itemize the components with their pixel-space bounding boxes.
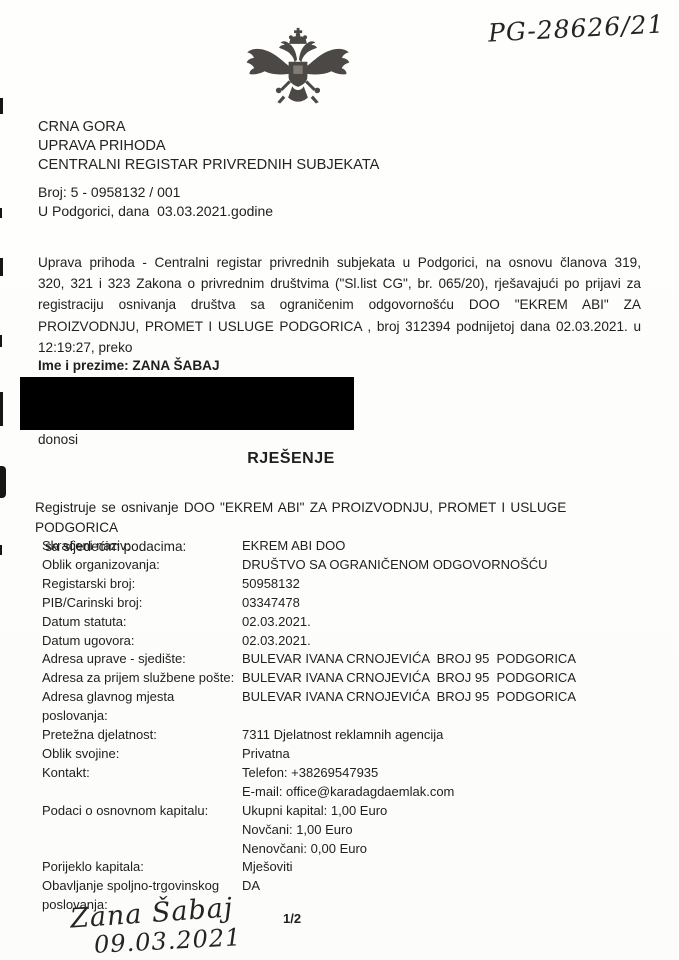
document-number-line: Broj: 5 - 0958132 / 001 (38, 184, 180, 200)
submitter-name-line: Ime i prezime: ZANA ŠABAJ (38, 358, 220, 373)
montenegro-coat-of-arms-icon (240, 26, 356, 120)
document-title: RJEŠENJE (0, 450, 582, 468)
field-value: DA (242, 877, 642, 896)
redaction-box (20, 377, 354, 430)
field-value: 50958132 (242, 575, 642, 594)
field-label: Podaci o osnovnom kapitalu: (42, 802, 242, 821)
field-value: 02.03.2021. (242, 632, 642, 651)
field-row: Registarski broj: 50958132 (42, 575, 642, 594)
field-label: Datum statuta: (42, 613, 242, 632)
field-value: 7311 Djelatnost reklamnih agencija (242, 726, 642, 745)
field-value: Privatna (242, 745, 642, 764)
field-value: Nenovčani: 0,00 Euro (242, 840, 642, 859)
field-value: DRUŠTVO SA OGRANIČENOM ODGOVORNOŠĆU (242, 556, 642, 575)
field-label: Skraćeni naziv: (42, 537, 242, 556)
field-label: PIB/Carinski broj: (42, 594, 242, 613)
header-country: CRNA GORA (38, 118, 379, 137)
intro-line: PROIZVODNJU, PROMET I USLUGE PODGORICA ,… (38, 316, 641, 337)
scan-artifact (0, 208, 2, 218)
scan-artifact (0, 392, 3, 426)
handwritten-case-number: PG-28626/21 (487, 9, 665, 47)
scan-artifact (0, 258, 3, 276)
field-label: Adresa uprave - sjedište: (42, 650, 242, 669)
field-value: BULEVAR IVANA CRNOJEVIĆA BROJ 95 PODGORI… (242, 688, 642, 707)
field-label: Porijeklo kapitala: (42, 858, 242, 877)
field-row: Datum ugovora: 02.03.2021. (42, 632, 642, 651)
header-registry: CENTRALNI REGISTAR PRIVREDNIH SUBJEKATA (38, 156, 379, 175)
place-date-line: U Podgorici, dana 03.03.2021.godine (38, 203, 273, 219)
intro-paragraph: Uprava prihoda - Centralni registar priv… (38, 252, 641, 358)
intro-line: 12:19:27, preko (38, 337, 641, 358)
field-row: Kontakt: Telefon: +38269547935 E-mail: o… (42, 764, 642, 802)
field-value: BULEVAR IVANA CRNOJEVIĆA BROJ 95 PODGORI… (242, 650, 642, 669)
header-agency: UPRAVA PRIHODA (38, 137, 379, 156)
field-label: Oblik svojine: (42, 745, 242, 764)
scanned-document-page: PG-28626/21 CRNA GORA UPRAVA PRIHO (0, 0, 679, 960)
field-value: Mješoviti (242, 858, 642, 877)
field-label: Pretežna djelatnost: (42, 726, 242, 745)
field-label: Datum ugovora: (42, 632, 242, 651)
field-value: Ukupni kapital: 1,00 Euro (242, 802, 642, 821)
field-row: Datum statuta: 02.03.2021. (42, 613, 642, 632)
field-value: Telefon: +38269547935 (242, 764, 642, 783)
field-value: BULEVAR IVANA CRNOJEVIĆA BROJ 95 PODGORI… (242, 669, 642, 688)
field-label: Registarski broj: (42, 575, 242, 594)
intro-line: registraciju osnivanja društva sa ograni… (38, 294, 641, 315)
field-label: Adresa za prijem službene pošte: (42, 669, 242, 688)
field-value: 02.03.2021. (242, 613, 642, 632)
scan-artifact (0, 466, 6, 498)
field-row: Podaci o osnovnom kapitalu: Ukupni kapit… (42, 802, 642, 859)
field-value: 03347478 (242, 594, 642, 613)
intro-line: Uprava prihoda - Centralni registar priv… (38, 252, 641, 273)
field-row: Adresa uprave - sjedište: BULEVAR IVANA … (42, 650, 642, 669)
document-header: CRNA GORA UPRAVA PRIHODA CENTRALNI REGIS… (38, 118, 379, 175)
field-label: Oblik organizovanja: (42, 556, 242, 575)
field-row: PIB/Carinski broj: 03347478 (42, 594, 642, 613)
donosi-label: donosi (38, 432, 78, 447)
field-value: EKREM ABI DOO (242, 537, 642, 556)
field-value: Novčani: 1,00 Euro (242, 821, 642, 840)
field-row: Skraćeni naziv: EKREM ABI DOO (42, 537, 642, 556)
page-number: 1/2 (283, 911, 301, 926)
registration-fields: Skraćeni naziv: EKREM ABI DOO Oblik orga… (42, 537, 642, 915)
scan-artifact (0, 335, 2, 347)
field-row: Oblik svojine: Privatna (42, 745, 642, 764)
field-row: Pretežna djelatnost: 7311 Djelatnost rek… (42, 726, 642, 745)
field-row: Adresa za prijem službene pošte: BULEVAR… (42, 669, 642, 688)
scan-artifact (0, 98, 3, 114)
field-row: Porijeklo kapitala: Mješoviti (42, 858, 642, 877)
field-label: Kontakt: (42, 764, 242, 783)
field-row: Oblik organizovanja: DRUŠTVO SA OGRANIČE… (42, 556, 642, 575)
field-label: Adresa glavnog mjesta poslovanja: (42, 688, 242, 726)
intro-line: 320, 321 i 323 Zakona o privrednim društ… (38, 273, 641, 294)
field-value: E-mail: office@karadagdaemlak.com (242, 783, 642, 802)
scan-artifact (0, 545, 2, 555)
field-row: Adresa glavnog mjesta poslovanja: BULEVA… (42, 688, 642, 726)
decision-line: Registruje se osnivanje DOO "EKREM ABI" … (35, 498, 641, 537)
